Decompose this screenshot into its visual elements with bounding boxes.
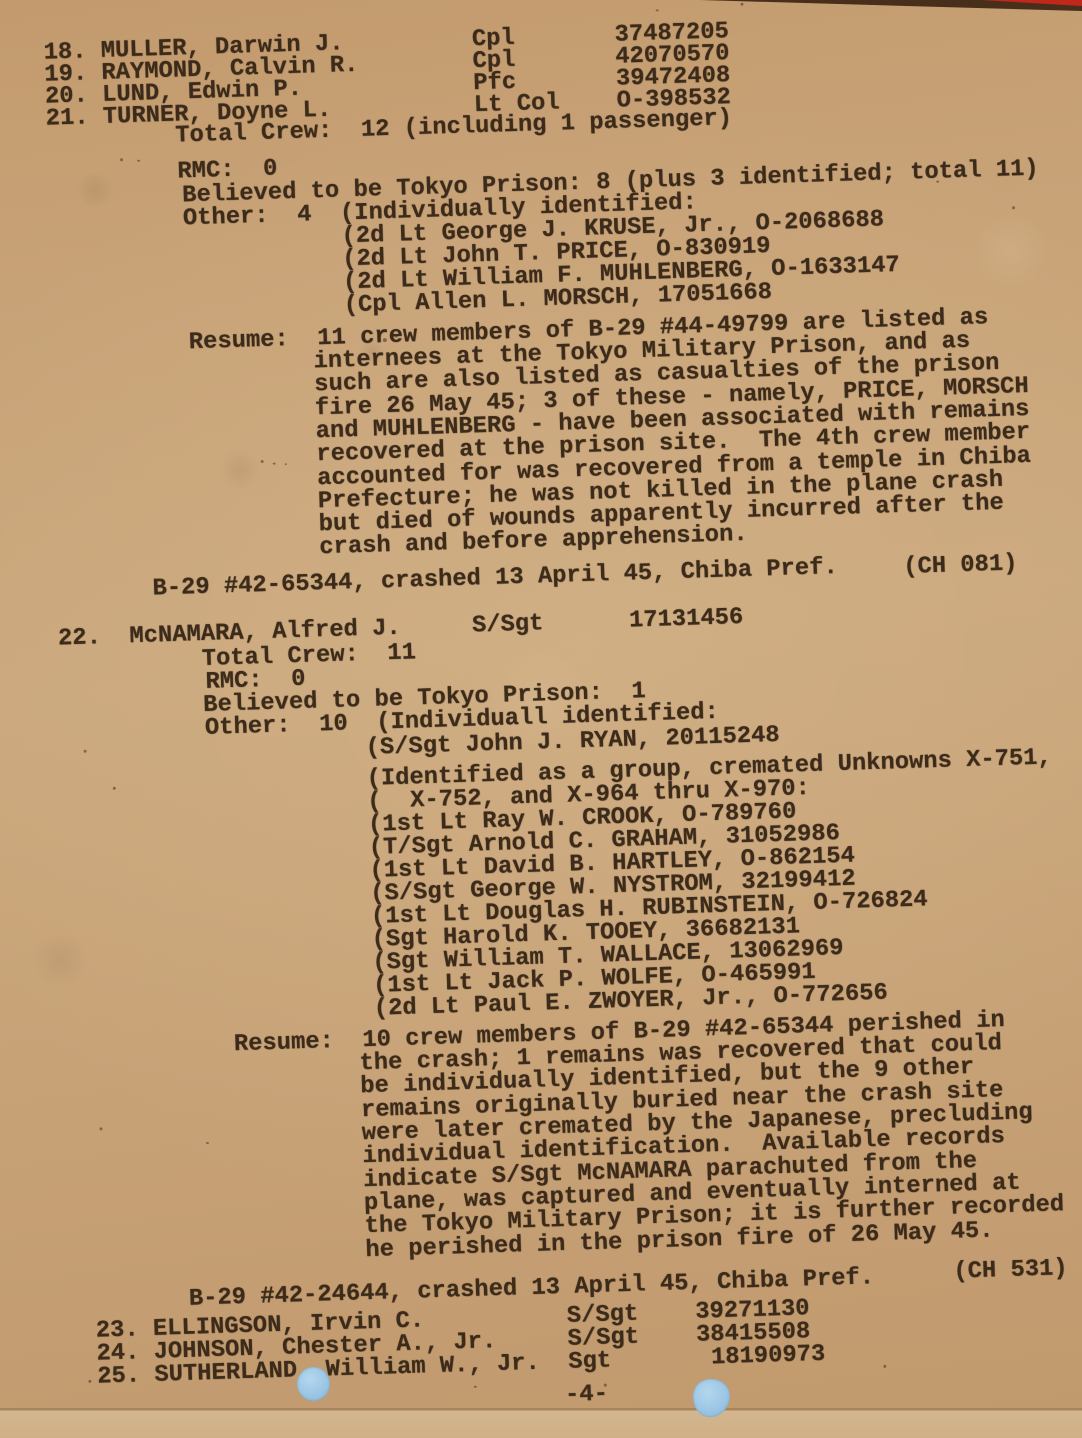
hole-punch-dot-left — [297, 1367, 330, 1401]
stamp-ch-531: (CH 531) — [953, 1257, 1068, 1284]
ink-speck — [474, 1386, 477, 1388]
ink-speck — [883, 1365, 886, 1368]
ink-speck — [604, 1384, 607, 1387]
ink-speck — [99, 1127, 102, 1130]
stamp-ch-081: (CH 081) — [903, 552, 1018, 579]
ink-speck — [395, 335, 398, 338]
page-number: -4- — [565, 1383, 609, 1408]
ink-speck — [261, 460, 264, 463]
ink-speck — [740, 3, 743, 6]
ink-speck — [137, 160, 140, 162]
ink-speck — [285, 463, 287, 465]
ink-speck — [273, 463, 276, 465]
ink-speck — [120, 158, 123, 161]
typewriter-text-layer: 18. MULLER, Darwin J. Cpl 3748720519. RA… — [0, 0, 1082, 1437]
paper-bottom-edge — [0, 1408, 1082, 1438]
ink-speck — [84, 750, 87, 753]
ink-speck — [656, 9, 659, 11]
crash-header-42-65344: B-29 #42-65344, crashed 13 April 45, Chi… — [152, 556, 838, 601]
document-page: 18. MULLER, Darwin J. Cpl 3748720519. RA… — [0, 0, 1082, 1438]
ink-speck — [206, 1142, 209, 1144]
ink-speck — [88, 1380, 91, 1383]
ink-speck — [113, 787, 116, 790]
ink-speck — [1012, 206, 1015, 209]
